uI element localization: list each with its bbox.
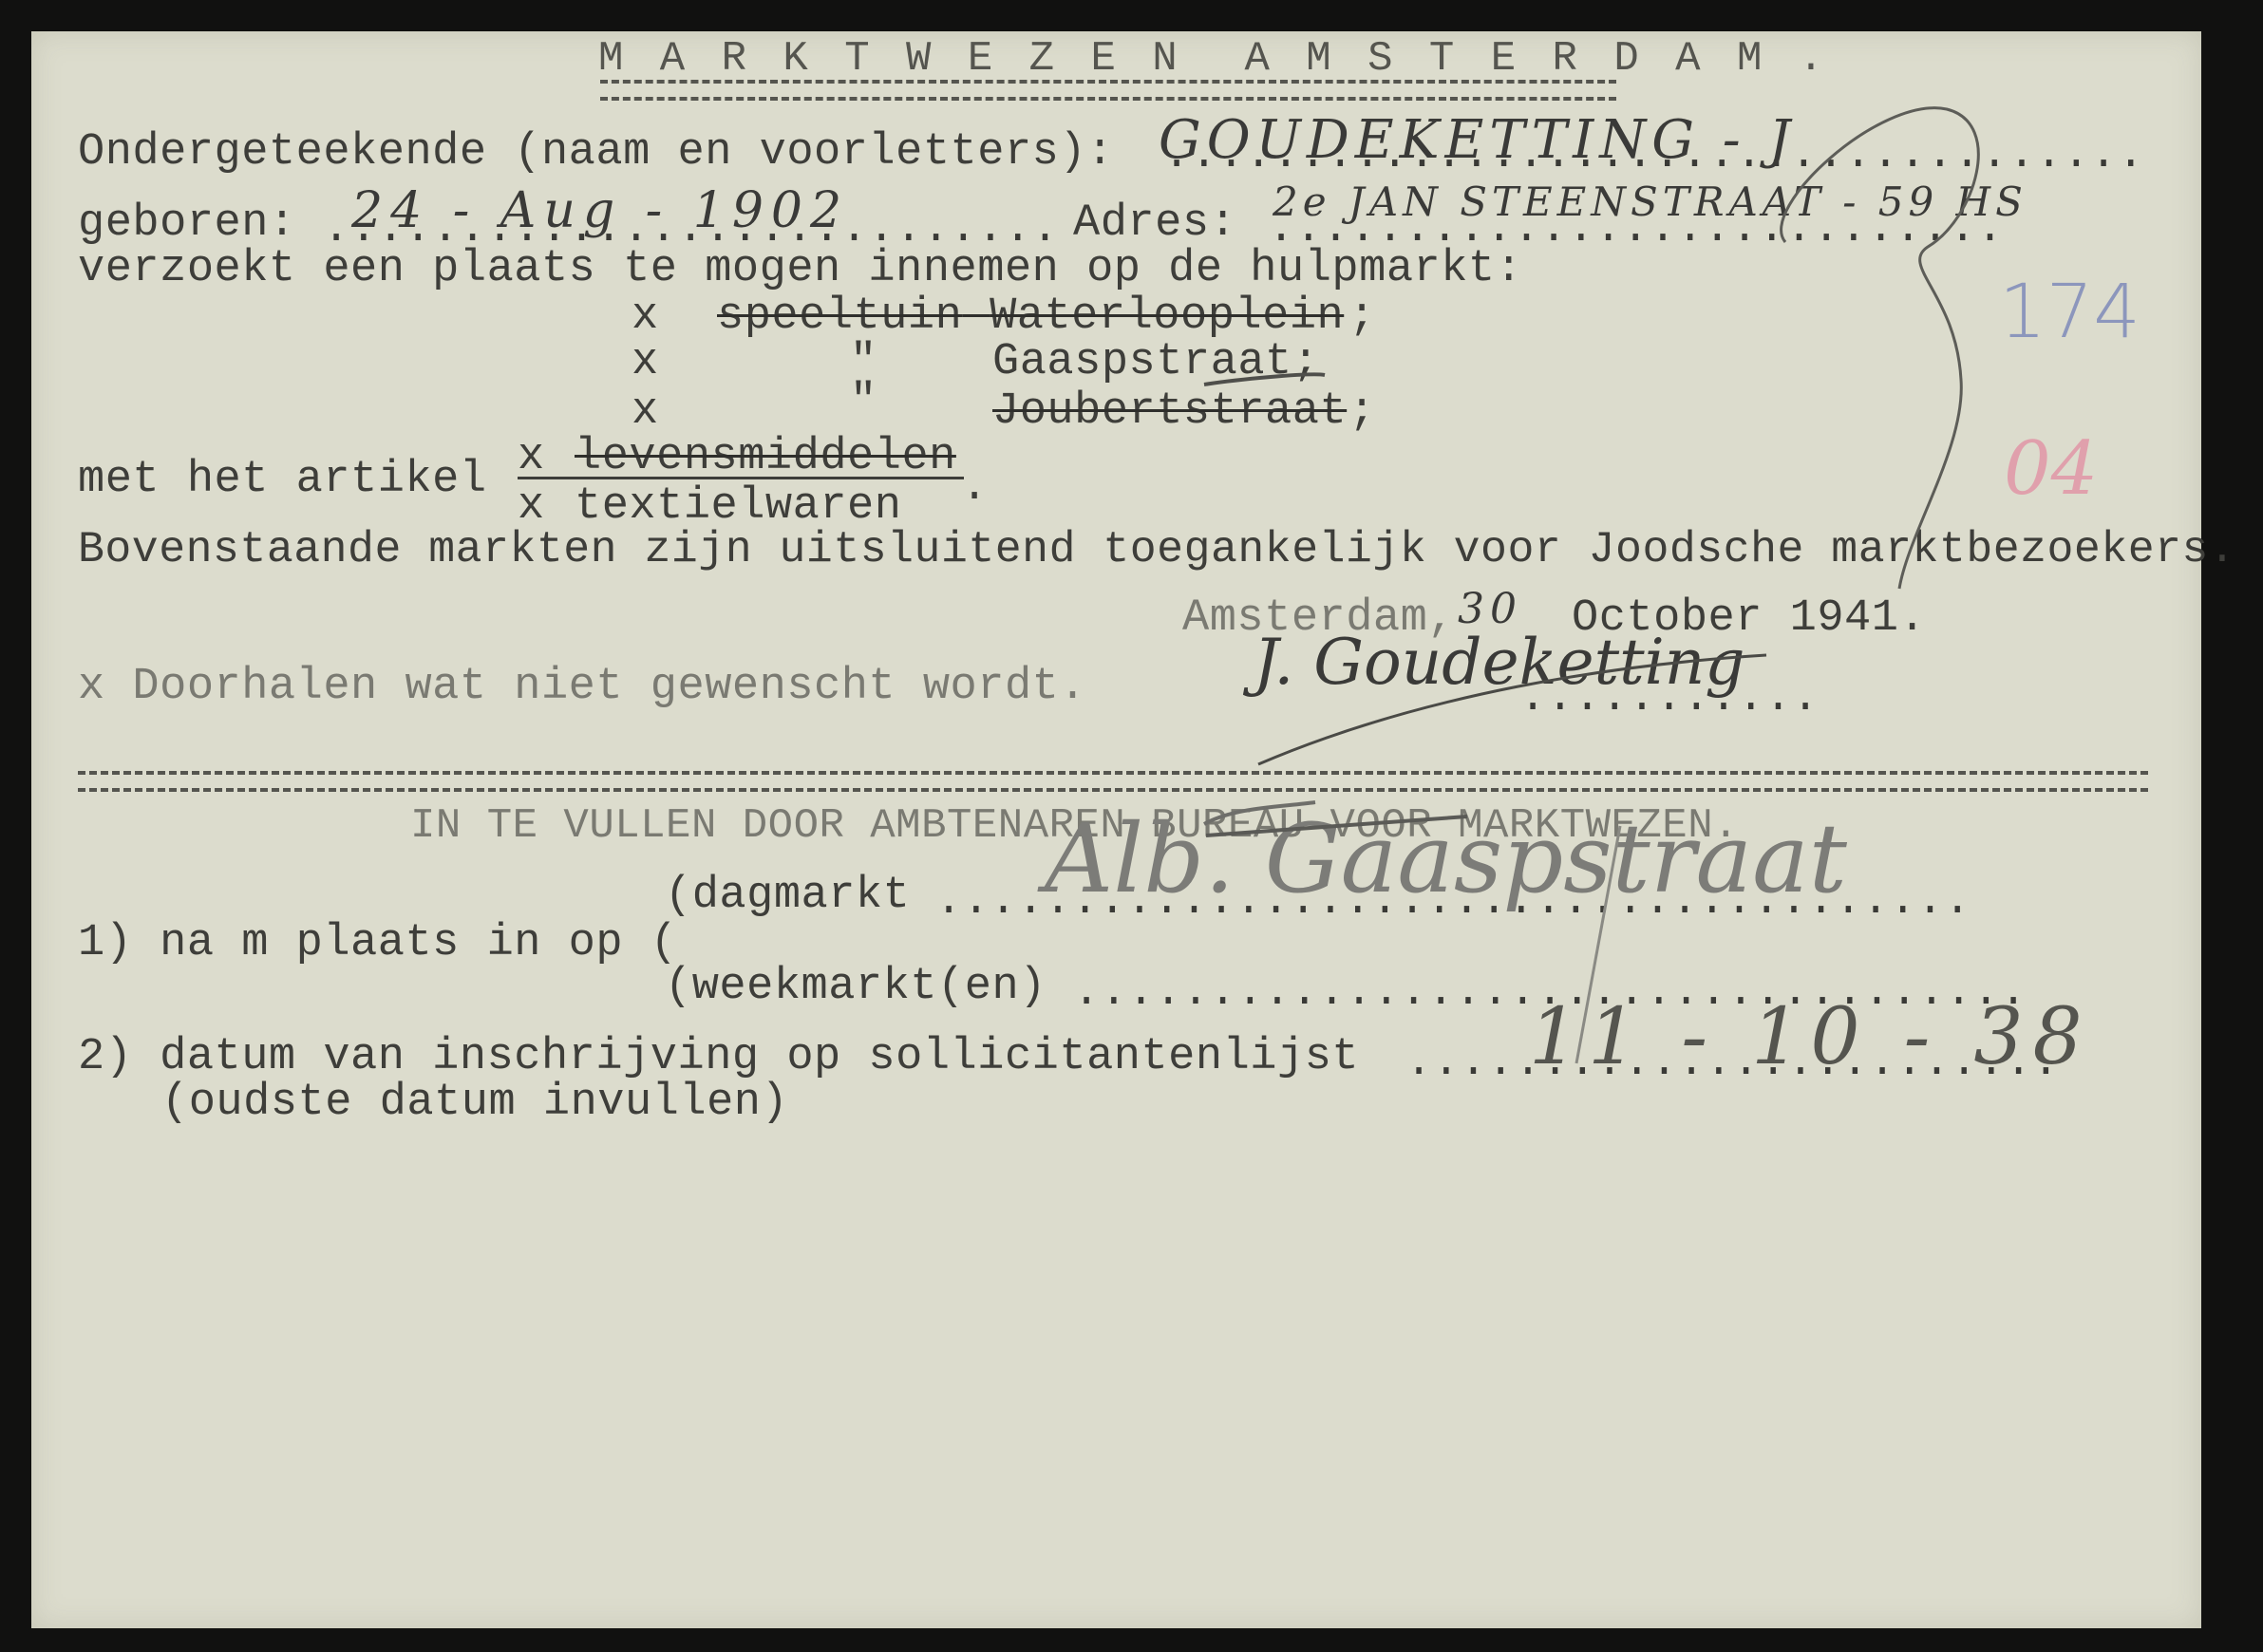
- strike-instruction: x Doorhalen wat niet gewenscht wordt.: [78, 665, 1086, 709]
- registration-date-sub: (oudste datum invullen): [161, 1080, 788, 1125]
- registration-date-label: 2) datum van inschrijving op sollicitant…: [78, 1035, 1359, 1079]
- request-text: verzoekt een plaats te mogen innemen op …: [78, 247, 1522, 291]
- day-market-label: (dagmarkt: [665, 873, 910, 918]
- placement-pencil-value: Alb. Gaaspstraat: [1045, 812, 1847, 907]
- title-double-underline: [600, 80, 1616, 101]
- undersigned-label: Ondergeteekende (naam en voorletters):: [78, 130, 1114, 175]
- market-option-gaaspstraat: Gaaspstraat;: [992, 340, 1319, 385]
- section-separator: [78, 771, 2148, 792]
- market-option-waterlooplein: speeltuin Waterlooplein: [717, 294, 1344, 339]
- registration-date-value: 11 - 10 - 38: [1529, 999, 2092, 1077]
- market-mark-2: x: [632, 340, 659, 385]
- market-mark-1: x: [632, 294, 659, 339]
- article-label: met het artikel: [78, 458, 487, 502]
- week-market-label: (weekmarkt(en): [665, 965, 1047, 1009]
- article-mark-2: x: [518, 484, 545, 529]
- date-day: 30: [1458, 589, 1522, 630]
- market-mark-3: x: [632, 389, 659, 434]
- address-label: Adres:: [1073, 201, 1236, 246]
- born-label: geboren:: [78, 201, 296, 246]
- notice-text: Bovenstaande markten zijn uitsluitend to…: [78, 528, 2235, 573]
- blue-pencil-number: 174: [1999, 275, 2140, 349]
- signature-dots: ...........: [1519, 676, 1820, 721]
- article-option-levensmiddelen: levensmiddelen: [575, 435, 956, 479]
- article-option-textielwaren: textielwaren: [575, 484, 901, 529]
- market-suffix-3: ;: [1348, 389, 1376, 434]
- ditto-mark-3: ": [850, 380, 877, 424]
- document-title: M A R K T W E Z E N A M S T E R D A M .: [598, 38, 1829, 80]
- red-pencil-number: 04: [2004, 432, 2098, 506]
- article-fraction-line: [518, 477, 964, 479]
- undersigned-dots: ....................................: [1163, 133, 2144, 178]
- article-mark-1: x: [518, 435, 545, 479]
- market-option-joubertstraat: Joubertstraat: [992, 389, 1347, 434]
- placement-question-label: 1) na m plaats in op (: [78, 921, 678, 966]
- market-suffix-1: ;: [1348, 294, 1376, 339]
- article-fraction-dot: .: [961, 465, 989, 510]
